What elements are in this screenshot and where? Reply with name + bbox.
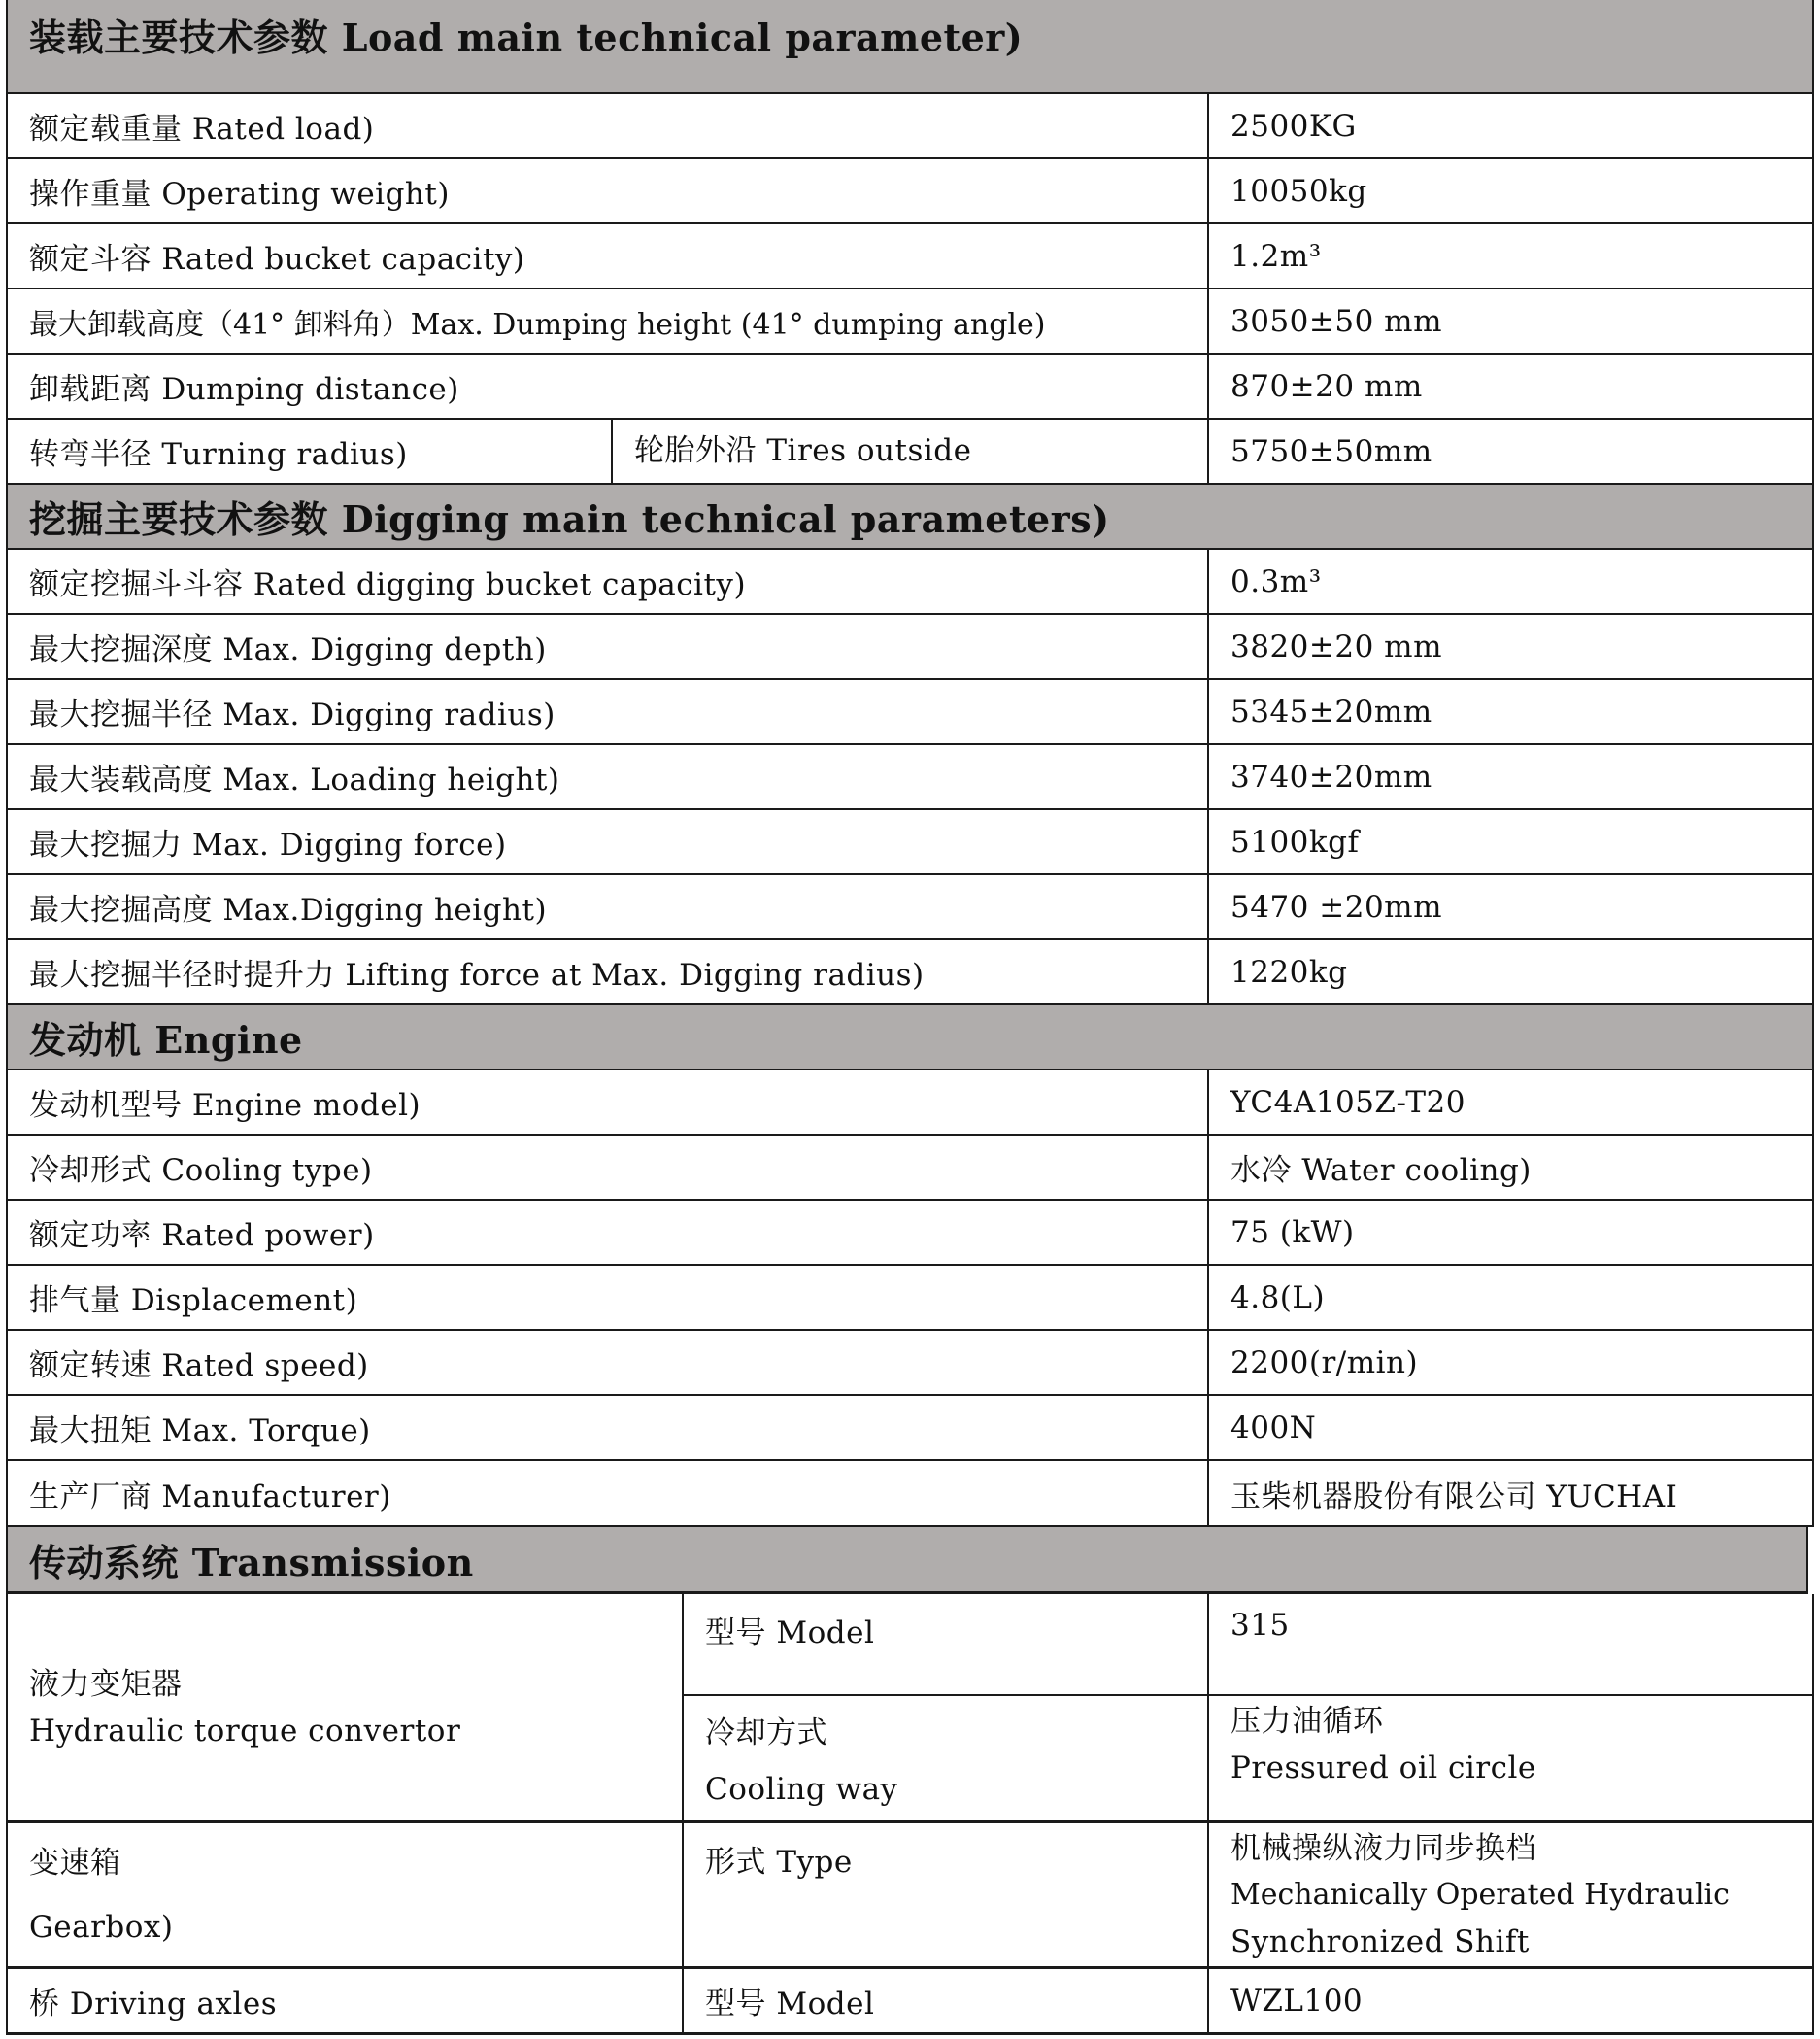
table-row: 生产厂商 Manufacturer) 玉柴机器股份有限公司 YUCHAI [6, 1461, 1814, 1527]
param-value: 75 (kW) [1207, 1201, 1814, 1264]
param-value: 玉柴机器股份有限公司 YUCHAI [1207, 1461, 1814, 1525]
sub-row-model: 型号 Model 315 [682, 1594, 1814, 1696]
table-row: 排气量 Displacement) 4.8(L) [6, 1266, 1814, 1331]
param-label: 最大挖掘半径 Max. Digging radius) [6, 680, 1207, 743]
param-label: 额定挖掘斗斗容 Rated digging bucket capacity) [6, 550, 1207, 613]
table-row: 最大装载高度 Max. Loading height) 3740±20mm [6, 745, 1814, 810]
param-label: 冷却形式 Cooling type) [6, 1136, 1207, 1199]
param-value: 5345±20mm [1207, 680, 1814, 743]
table-row: 冷却形式 Cooling type) 水冷 Water cooling) [6, 1136, 1814, 1201]
param-value: WZL100 [1207, 1969, 1814, 2032]
param-label: 额定斗容 Rated bucket capacity) [6, 224, 1207, 288]
param-label: 最大挖掘高度 Max.Digging height) [6, 875, 1207, 938]
param-label: 最大挖掘半径时提升力 Lifting force at Max. Digging… [6, 940, 1207, 1003]
table-row: 发动机型号 Engine model) YC4A105Z-T20 [6, 1070, 1814, 1136]
label-cn: 液力变矩器 [29, 1661, 183, 1708]
param-label: 最大扭矩 Max. Torque) [6, 1396, 1207, 1459]
label-cn: 变速箱 [29, 1831, 121, 1895]
value-en-line2: Synchronized Shift [1230, 1919, 1530, 1965]
param-label: 转弯半径 Turning radius) [6, 420, 611, 483]
sub-row-cooling: 冷却方式 Cooling way 压力油循环 Pressured oil cir… [682, 1696, 1814, 1823]
param-label: 最大挖掘力 Max. Digging force) [6, 810, 1207, 873]
table-row: 最大挖掘力 Max. Digging force) 5100kgf [6, 810, 1814, 875]
section-title-digging: 挖掘主要技术参数 Digging main technical paramete… [6, 485, 1814, 548]
value-cn: 机械操纵液力同步换档 [1230, 1825, 1536, 1872]
table-row: 最大挖掘高度 Max.Digging height) 5470 ±20mm [6, 875, 1814, 940]
table-row-turning-radius: 转弯半径 Turning radius) 轮胎外沿 Tires outside … [6, 420, 1814, 485]
table-row: 额定转速 Rated speed) 2200(r/min) [6, 1331, 1814, 1396]
table-row-gearbox: 变速箱 Gearbox) 形式 Type 机械操纵液力同步换档 Mechanic… [6, 1823, 1814, 1969]
label-cn: 冷却方式 [705, 1702, 827, 1764]
sub-label: 型号 Model [682, 1969, 1207, 2032]
table-row: 操作重量 Operating weight) 10050kg [6, 159, 1814, 224]
param-value: 2500KG [1207, 94, 1814, 157]
table-row-torque-convertor: 液力变矩器 Hydraulic torque convertor 型号 Mode… [6, 1594, 1814, 1823]
param-value: 压力油循环 Pressured oil circle [1207, 1696, 1814, 1820]
table-row: 最大挖掘半径 Max. Digging radius) 5345±20mm [6, 680, 1814, 745]
table-row: 额定载重量 Rated load) 2500KG [6, 94, 1814, 159]
section-header-digging: 挖掘主要技术参数 Digging main technical paramete… [6, 485, 1814, 550]
label-en: Cooling way [705, 1764, 898, 1815]
param-label: 桥 Driving axles [6, 1969, 682, 2032]
sub-label: 冷却方式 Cooling way [682, 1696, 1207, 1820]
table-row: 卸载距离 Dumping distance) 870±20 mm [6, 355, 1814, 420]
param-label: 最大挖掘深度 Max. Digging depth) [6, 615, 1207, 678]
section-header-load: 装载主要技术参数 Load main technical parameter) [6, 0, 1814, 94]
table-row: 额定斗容 Rated bucket capacity) 1.2m³ [6, 224, 1814, 289]
table-row: 最大卸载高度（41° 卸料角）Max. Dumping height (41° … [6, 289, 1814, 355]
param-value: 10050kg [1207, 159, 1814, 222]
label-en: Hydraulic torque convertor [29, 1708, 460, 1754]
param-label: 发动机型号 Engine model) [6, 1070, 1207, 1134]
param-value: 1.2m³ [1207, 224, 1814, 288]
param-value: 2200(r/min) [1207, 1331, 1814, 1394]
param-value: 3740±20mm [1207, 745, 1814, 808]
param-value: 水冷 Water cooling) [1207, 1136, 1814, 1199]
table-row: 最大挖掘半径时提升力 Lifting force at Max. Digging… [6, 940, 1814, 1005]
param-label: 卸载距离 Dumping distance) [6, 355, 1207, 418]
param-value: 400N [1207, 1396, 1814, 1459]
table-row-axles: 桥 Driving axles 型号 Model WZL100 [6, 1969, 1814, 2035]
param-label: 最大卸载高度（41° 卸料角）Max. Dumping height (41° … [6, 289, 1207, 353]
table-row: 最大扭矩 Max. Torque) 400N [6, 1396, 1814, 1461]
table-row: 额定功率 Rated power) 75 (kW) [6, 1201, 1814, 1266]
section-header-engine: 发动机 Engine [6, 1005, 1814, 1070]
param-label: 液力变矩器 Hydraulic torque convertor [6, 1594, 682, 1823]
param-label: 最大装载高度 Max. Loading height) [6, 745, 1207, 808]
param-label: 额定转速 Rated speed) [6, 1331, 1207, 1394]
param-value: 315 [1207, 1594, 1814, 1694]
value-en: Pressured oil circle [1230, 1745, 1536, 1791]
label-en: Gearbox) [29, 1895, 174, 1959]
param-value: 0.3m³ [1207, 550, 1814, 613]
value-cn: 压力油循环 [1230, 1698, 1384, 1745]
value-en-line1: Mechanically Operated Hydraulic [1230, 1872, 1730, 1919]
param-value: 5750±50mm [1207, 420, 1814, 483]
param-value: 1220kg [1207, 940, 1814, 1003]
param-label: 额定功率 Rated power) [6, 1201, 1207, 1264]
table-row: 最大挖掘深度 Max. Digging depth) 3820±20 mm [6, 615, 1814, 680]
param-value: YC4A105Z-T20 [1207, 1070, 1814, 1134]
sub-label: 形式 Type [682, 1823, 1207, 1966]
section-title-load: 装载主要技术参数 Load main technical parameter) [6, 0, 1814, 92]
section-title-engine: 发动机 Engine [6, 1005, 1814, 1069]
section-title-transmission: 传动系统 Transmission [6, 1527, 1808, 1591]
param-label: 额定载重量 Rated load) [6, 94, 1207, 157]
sub-label: 型号 Model [682, 1594, 1207, 1694]
param-label: 变速箱 Gearbox) [6, 1823, 682, 1966]
section-header-transmission: 传动系统 Transmission [6, 1527, 1808, 1594]
param-sublabel: 轮胎外沿 Tires outside [611, 420, 1207, 483]
param-value: 5100kgf [1207, 810, 1814, 873]
param-label: 排气量 Displacement) [6, 1266, 1207, 1329]
param-value: 4.8(L) [1207, 1266, 1814, 1329]
param-value: 3820±20 mm [1207, 615, 1814, 678]
table-row: 额定挖掘斗斗容 Rated digging bucket capacity) 0… [6, 550, 1814, 615]
param-label: 操作重量 Operating weight) [6, 159, 1207, 222]
param-value: 870±20 mm [1207, 355, 1814, 418]
param-value: 机械操纵液力同步换档 Mechanically Operated Hydraul… [1207, 1823, 1814, 1966]
param-value: 5470 ±20mm [1207, 875, 1814, 938]
param-value: 3050±50 mm [1207, 289, 1814, 353]
param-label: 生产厂商 Manufacturer) [6, 1461, 1207, 1525]
